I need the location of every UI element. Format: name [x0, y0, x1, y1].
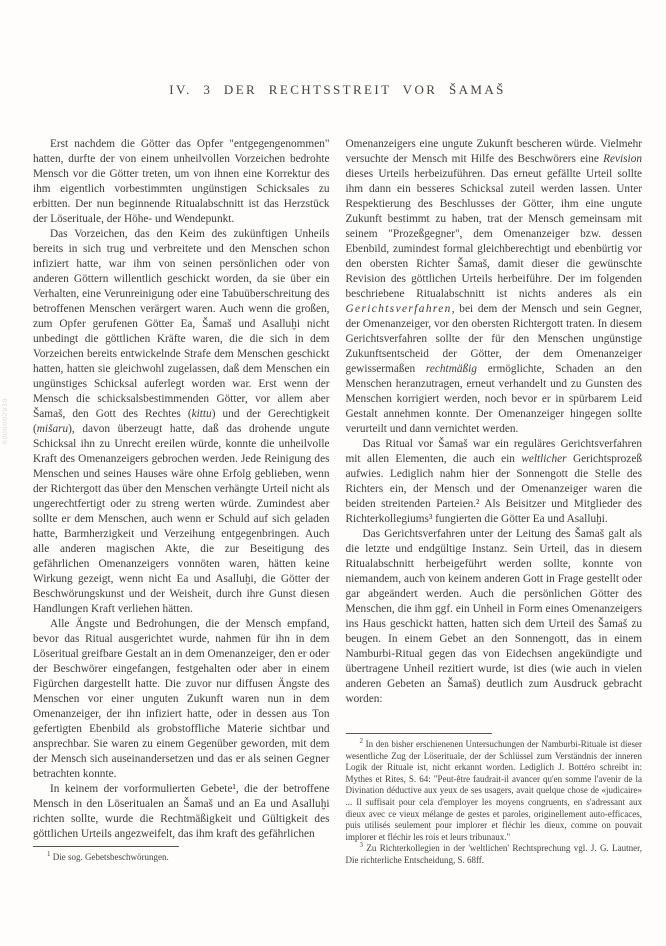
text-column-right: Omenanzeigers eine ungute Zukunft besche… — [346, 137, 643, 864]
right-footnote-block: 2 In den bisher erschienenen Untersuchun… — [346, 733, 643, 867]
paragraph: Das Gerichtsverfahren unter der Leitung … — [346, 527, 643, 707]
text-column-left: Erst nachdem die Götter das Opfer "entge… — [33, 137, 330, 864]
page-title: IV. 3 DER RECHTSSTREIT VOR ŠAMAŠ — [33, 82, 642, 98]
paragraph: Omenanzeigers eine ungute Zukunft besche… — [346, 137, 643, 437]
footnote-marker: 2 — [360, 737, 364, 745]
paragraph: Das Ritual vor Šamaš war ein reguläres G… — [346, 437, 643, 527]
footnote: 1 Die sog. Gebetsbeschwörungen. — [33, 852, 330, 864]
two-column-text: Erst nachdem die Götter das Opfer "entge… — [33, 137, 642, 864]
footnote-rule — [346, 733, 492, 734]
footnote-marker: 3 — [360, 841, 364, 849]
scan-id-watermark: 0000002030 — [1, 398, 9, 444]
left-footnotes: 1 Die sog. Gebetsbeschwörungen. — [33, 852, 330, 864]
footnote-rule — [33, 846, 179, 847]
right-footnotes: 2 In den bisher erschienenen Untersuchun… — [346, 739, 643, 867]
footnote: 3 Zu Richterkollegien in der 'weltlichen… — [346, 843, 643, 866]
right-column-body: Omenanzeigers eine ungute Zukunft besche… — [346, 137, 643, 707]
book-page: 0000002030 IV. 3 DER RECHTSSTREIT VOR ŠA… — [0, 0, 666, 946]
paragraph: Erst nachdem die Götter das Opfer "entge… — [33, 137, 330, 227]
paragraph: Alle Ängste und Bedrohungen, die der Men… — [33, 617, 330, 782]
left-column-body: Erst nachdem die Götter das Opfer "entge… — [33, 137, 330, 842]
paragraph: Das Vorzeichen, das den Keim des zukünft… — [33, 227, 330, 617]
paragraph: In keinem der vorformulierten Gebete¹, d… — [33, 782, 330, 842]
footnote: 2 In den bisher erschienenen Untersuchun… — [346, 739, 643, 843]
left-footnote-block: 1 Die sog. Gebetsbeschwörungen. — [33, 846, 330, 864]
footnote-marker: 1 — [47, 850, 51, 858]
